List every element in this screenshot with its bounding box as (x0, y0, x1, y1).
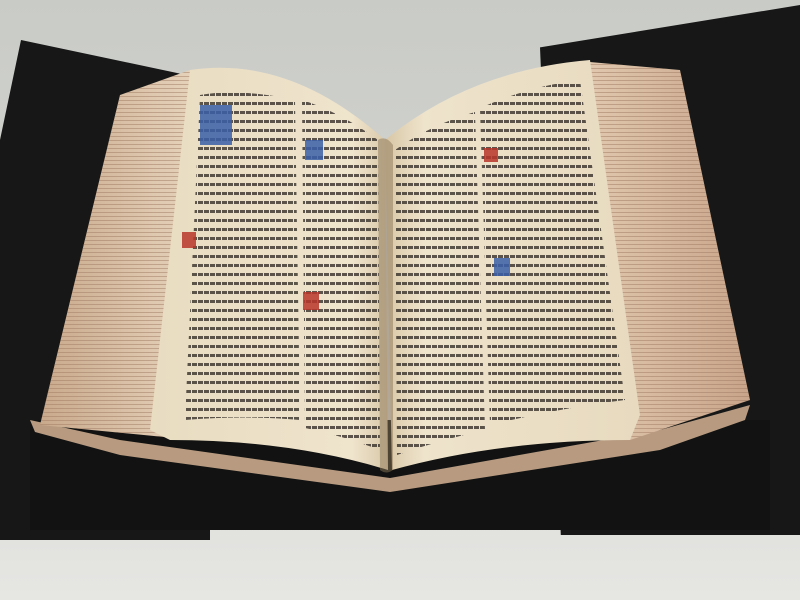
initial-u-blue-right (494, 258, 510, 276)
initial-b-blue (200, 105, 232, 145)
book-gutter (378, 138, 393, 472)
initial-u-blue (305, 140, 323, 160)
initial-a-red-2 (303, 292, 319, 310)
initial-a-red (182, 232, 196, 248)
initial-a-red-right (484, 148, 498, 162)
right-page-column-1 (395, 112, 485, 455)
photo-scene: Open antique printed book on black foam … (0, 0, 800, 600)
open-book (0, 0, 800, 600)
